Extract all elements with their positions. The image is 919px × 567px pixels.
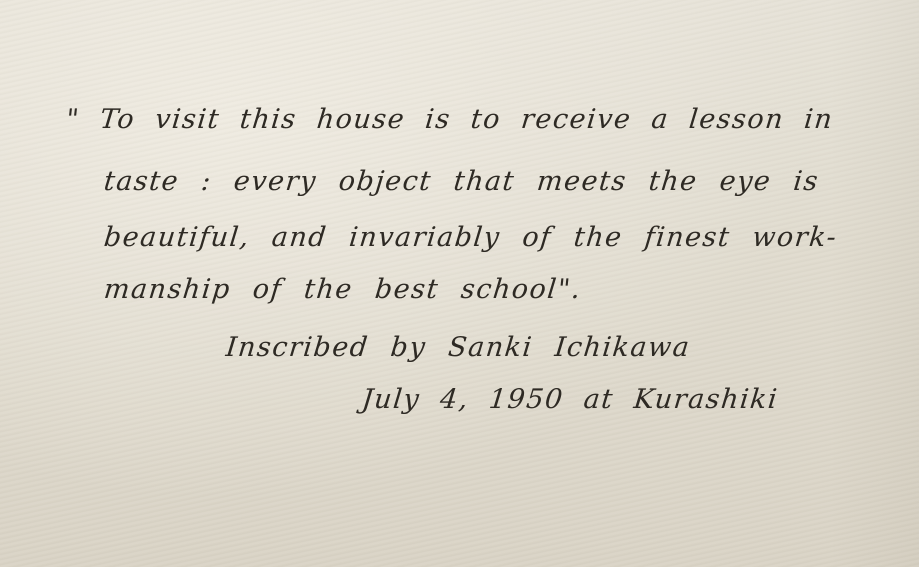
handwritten-paper: " To visit this house is to receive a le… [0, 0, 919, 567]
quote-line-2: taste : every object that meets the eye … [102, 166, 820, 197]
quote-line-3: beautiful, and invariably of the finest … [102, 222, 839, 253]
date-place-line: July 4, 1950 at Kurashiki [360, 384, 779, 415]
quote-line-4: manship of the best school". [102, 274, 583, 305]
quote-line-1: " To visit this house is to receive a le… [64, 104, 835, 135]
attribution-line: Inscribed by Sanki Ichikawa [224, 332, 692, 363]
